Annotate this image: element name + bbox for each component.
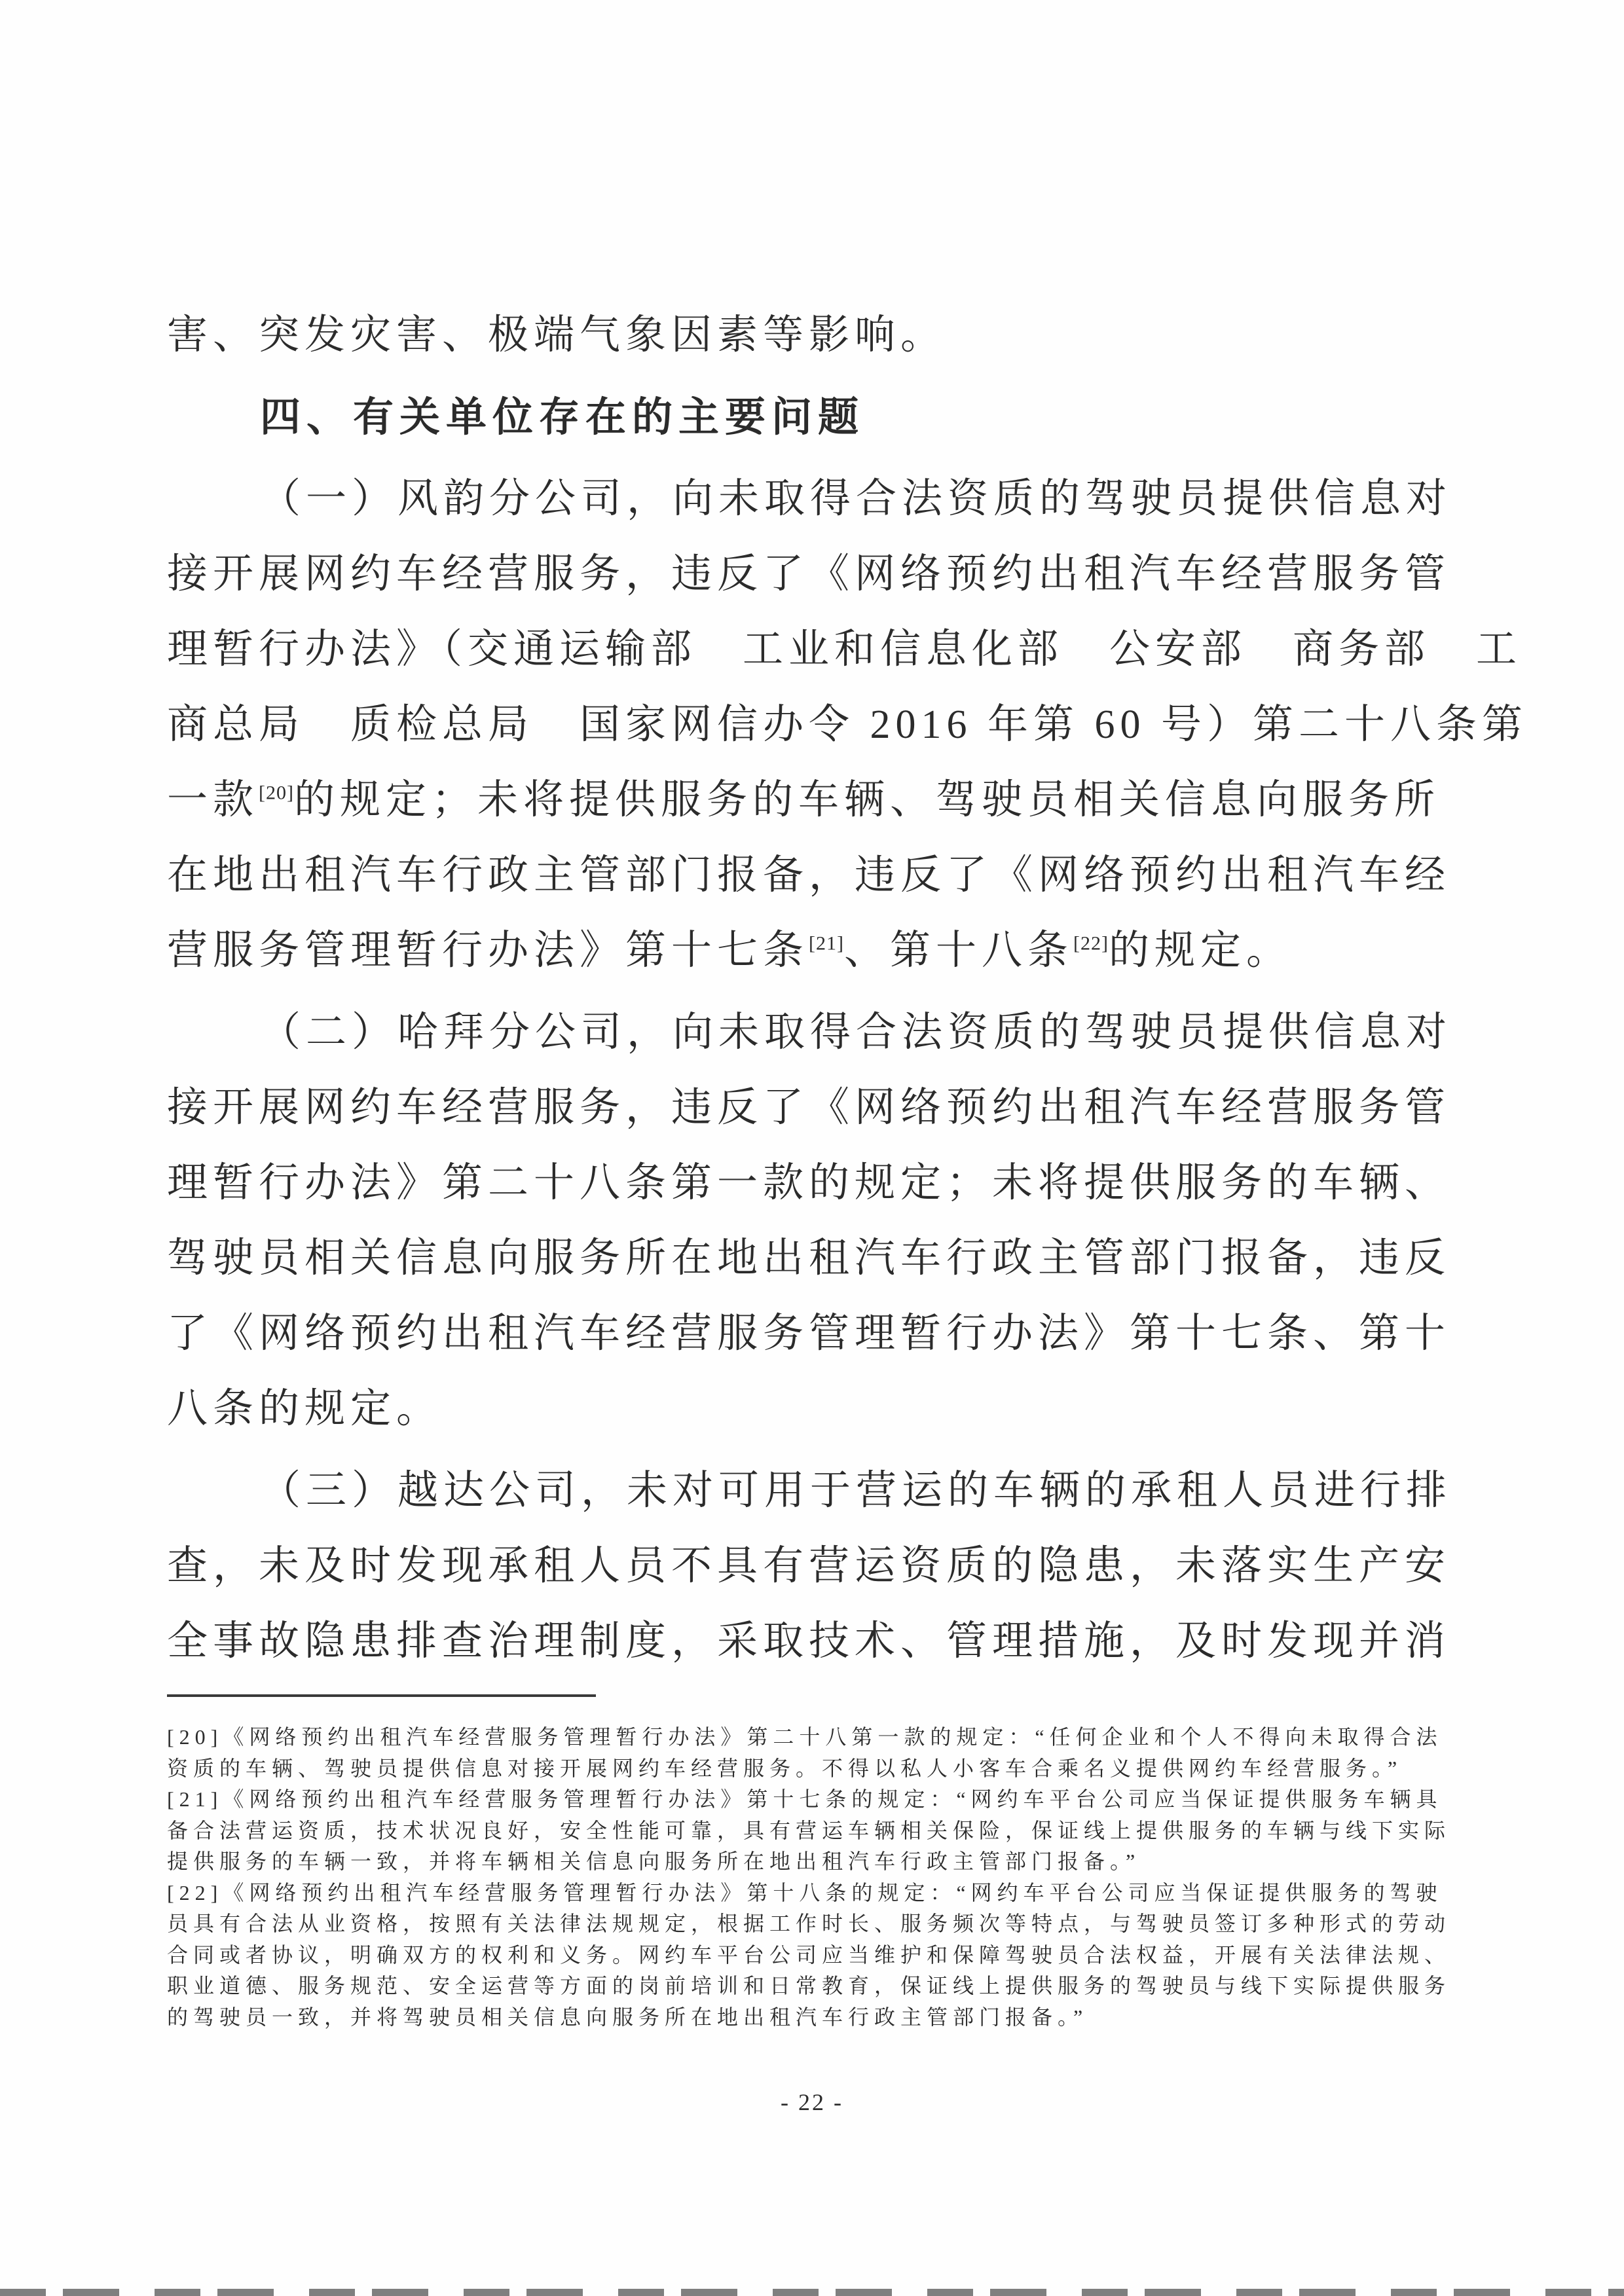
text-line: 合同或者协议，明确双方的权利和义务。网约车平台公司应当维护和保障驾驶员合法权益，… <box>167 1940 1483 1971</box>
document-body: 害、突发灾害、极端气象因素等影响。四、有关单位存在的主要问题（一）风韵分公司，向… <box>167 298 1477 1679</box>
text-line: （三）越达公司，未对可用于营运的车辆的承租人员进行排 <box>167 1453 1477 1529</box>
footnote-22: [22]《网络预约出租汽车经营服务管理暂行办法》第十八条的规定：“网约车平台公司… <box>167 1878 1483 2033</box>
footnote-separator <box>167 1694 596 1697</box>
text-line: 驾驶员相关信息向服务所在地出租汽车行政主管部门报备，违反 <box>167 1221 1477 1296</box>
section-heading: 四、有关单位存在的主要问题 <box>167 380 1477 455</box>
footnote-ref: [20] <box>259 782 294 803</box>
text-line: 营服务管理暂行办法》第十七条[21]、第十八条[22]的规定。 <box>167 913 1477 989</box>
text-line: 了《网络预约出租汽车经营服务管理暂行办法》第十七条、第十 <box>167 1296 1477 1372</box>
text-line: 理暂行办法》（交通运输部 工业和信息化部 公安部 商务部 工 <box>167 612 1477 687</box>
text-line: 备合法营运资质，技术状况良好，安全性能可靠，具有营运车辆相关保险，保证线上提供服… <box>167 1815 1483 1847</box>
text-line: [22]《网络预约出租汽车经营服务管理暂行办法》第十八条的规定：“网约车平台公司… <box>167 1878 1483 1909</box>
text-line: 全事故隐患排查治理制度，采取技术、管理措施，及时发现并消 <box>167 1604 1477 1679</box>
text-line: 提供服务的车辆一致，并将车辆相关信息向服务所在地出租汽车行政主管部门报备。” <box>167 1846 1483 1878</box>
text-line: 理暂行办法》第二十八条第一款的规定；未将提供服务的车辆、 <box>167 1146 1477 1221</box>
paragraph: 害、突发灾害、极端气象因素等影响。 <box>167 298 1477 373</box>
text-line: 害、突发灾害、极端气象因素等影响。 <box>167 298 1477 373</box>
scan-artifact-band <box>0 2289 1624 2296</box>
footnote-21: [21]《网络预约出租汽车经营服务管理暂行办法》第十七条的规定：“网约车平台公司… <box>167 1784 1483 1878</box>
page-number: - 22 - <box>0 2088 1624 2116</box>
text-line: 一款[20]的规定；未将提供服务的车辆、驾驶员相关信息向服务所 <box>167 763 1477 838</box>
paragraph: （二）哈拜分公司，向未取得合法资质的驾驶员提供信息对接开展网约车经营服务，违反了… <box>167 995 1477 1447</box>
text-line: 八条的规定。 <box>167 1372 1477 1447</box>
footnote-ref: [22] <box>1073 932 1109 954</box>
text-line: 接开展网约车经营服务，违反了《网络预约出租汽车经营服务管 <box>167 1070 1477 1146</box>
text-line: 资质的车辆、驾驶员提供信息对接开展网约车经营服务。不得以私人小客车合乘名义提供网… <box>167 1753 1483 1785</box>
text-line: [20]《网络预约出租汽车经营服务管理暂行办法》第二十八第一款的规定：“任何企业… <box>167 1722 1483 1753</box>
paragraph: （三）越达公司，未对可用于营运的车辆的承租人员进行排查，未及时发现承租人员不具有… <box>167 1453 1477 1679</box>
document-page: 害、突发灾害、极端气象因素等影响。四、有关单位存在的主要问题（一）风韵分公司，向… <box>0 0 1624 2296</box>
paragraph: （一）风韵分公司，向未取得合法资质的驾驶员提供信息对接开展网约车经营服务，违反了… <box>167 462 1477 989</box>
footnotes: [20]《网络预约出租汽车经营服务管理暂行办法》第二十八第一款的规定：“任何企业… <box>167 1722 1483 2033</box>
footnote-20: [20]《网络预约出租汽车经营服务管理暂行办法》第二十八第一款的规定：“任何企业… <box>167 1722 1483 1784</box>
text-line: 员具有合法从业资格，按照有关法律法规规定，根据工作时长、服务频次等特点，与驾驶员… <box>167 1908 1483 1940</box>
text-line: 商总局 质检总局 国家网信办令 2016 年第 60 号）第二十八条第 <box>167 687 1477 763</box>
text-line: 查，未及时发现承租人员不具有营运资质的隐患，未落实生产安 <box>167 1529 1477 1604</box>
text-line: 四、有关单位存在的主要问题 <box>167 380 1477 455</box>
text-line: 职业道德、服务规范、安全运营等方面的岗前培训和日常教育，保证线上提供服务的驾驶员… <box>167 1971 1483 2002</box>
footnote-ref: [21] <box>809 932 844 954</box>
text-line: （一）风韵分公司，向未取得合法资质的驾驶员提供信息对 <box>167 462 1477 537</box>
text-line: 的驾驶员一致，并将驾驶员相关信息向服务所在地出租汽车行政主管部门报备。” <box>167 2002 1483 2033</box>
text-line: 接开展网约车经营服务，违反了《网络预约出租汽车经营服务管 <box>167 537 1477 612</box>
text-line: 在地出租汽车行政主管部门报备，违反了《网络预约出租汽车经 <box>167 838 1477 913</box>
text-line: （二）哈拜分公司，向未取得合法资质的驾驶员提供信息对 <box>167 995 1477 1070</box>
text-line: [21]《网络预约出租汽车经营服务管理暂行办法》第十七条的规定：“网约车平台公司… <box>167 1784 1483 1815</box>
